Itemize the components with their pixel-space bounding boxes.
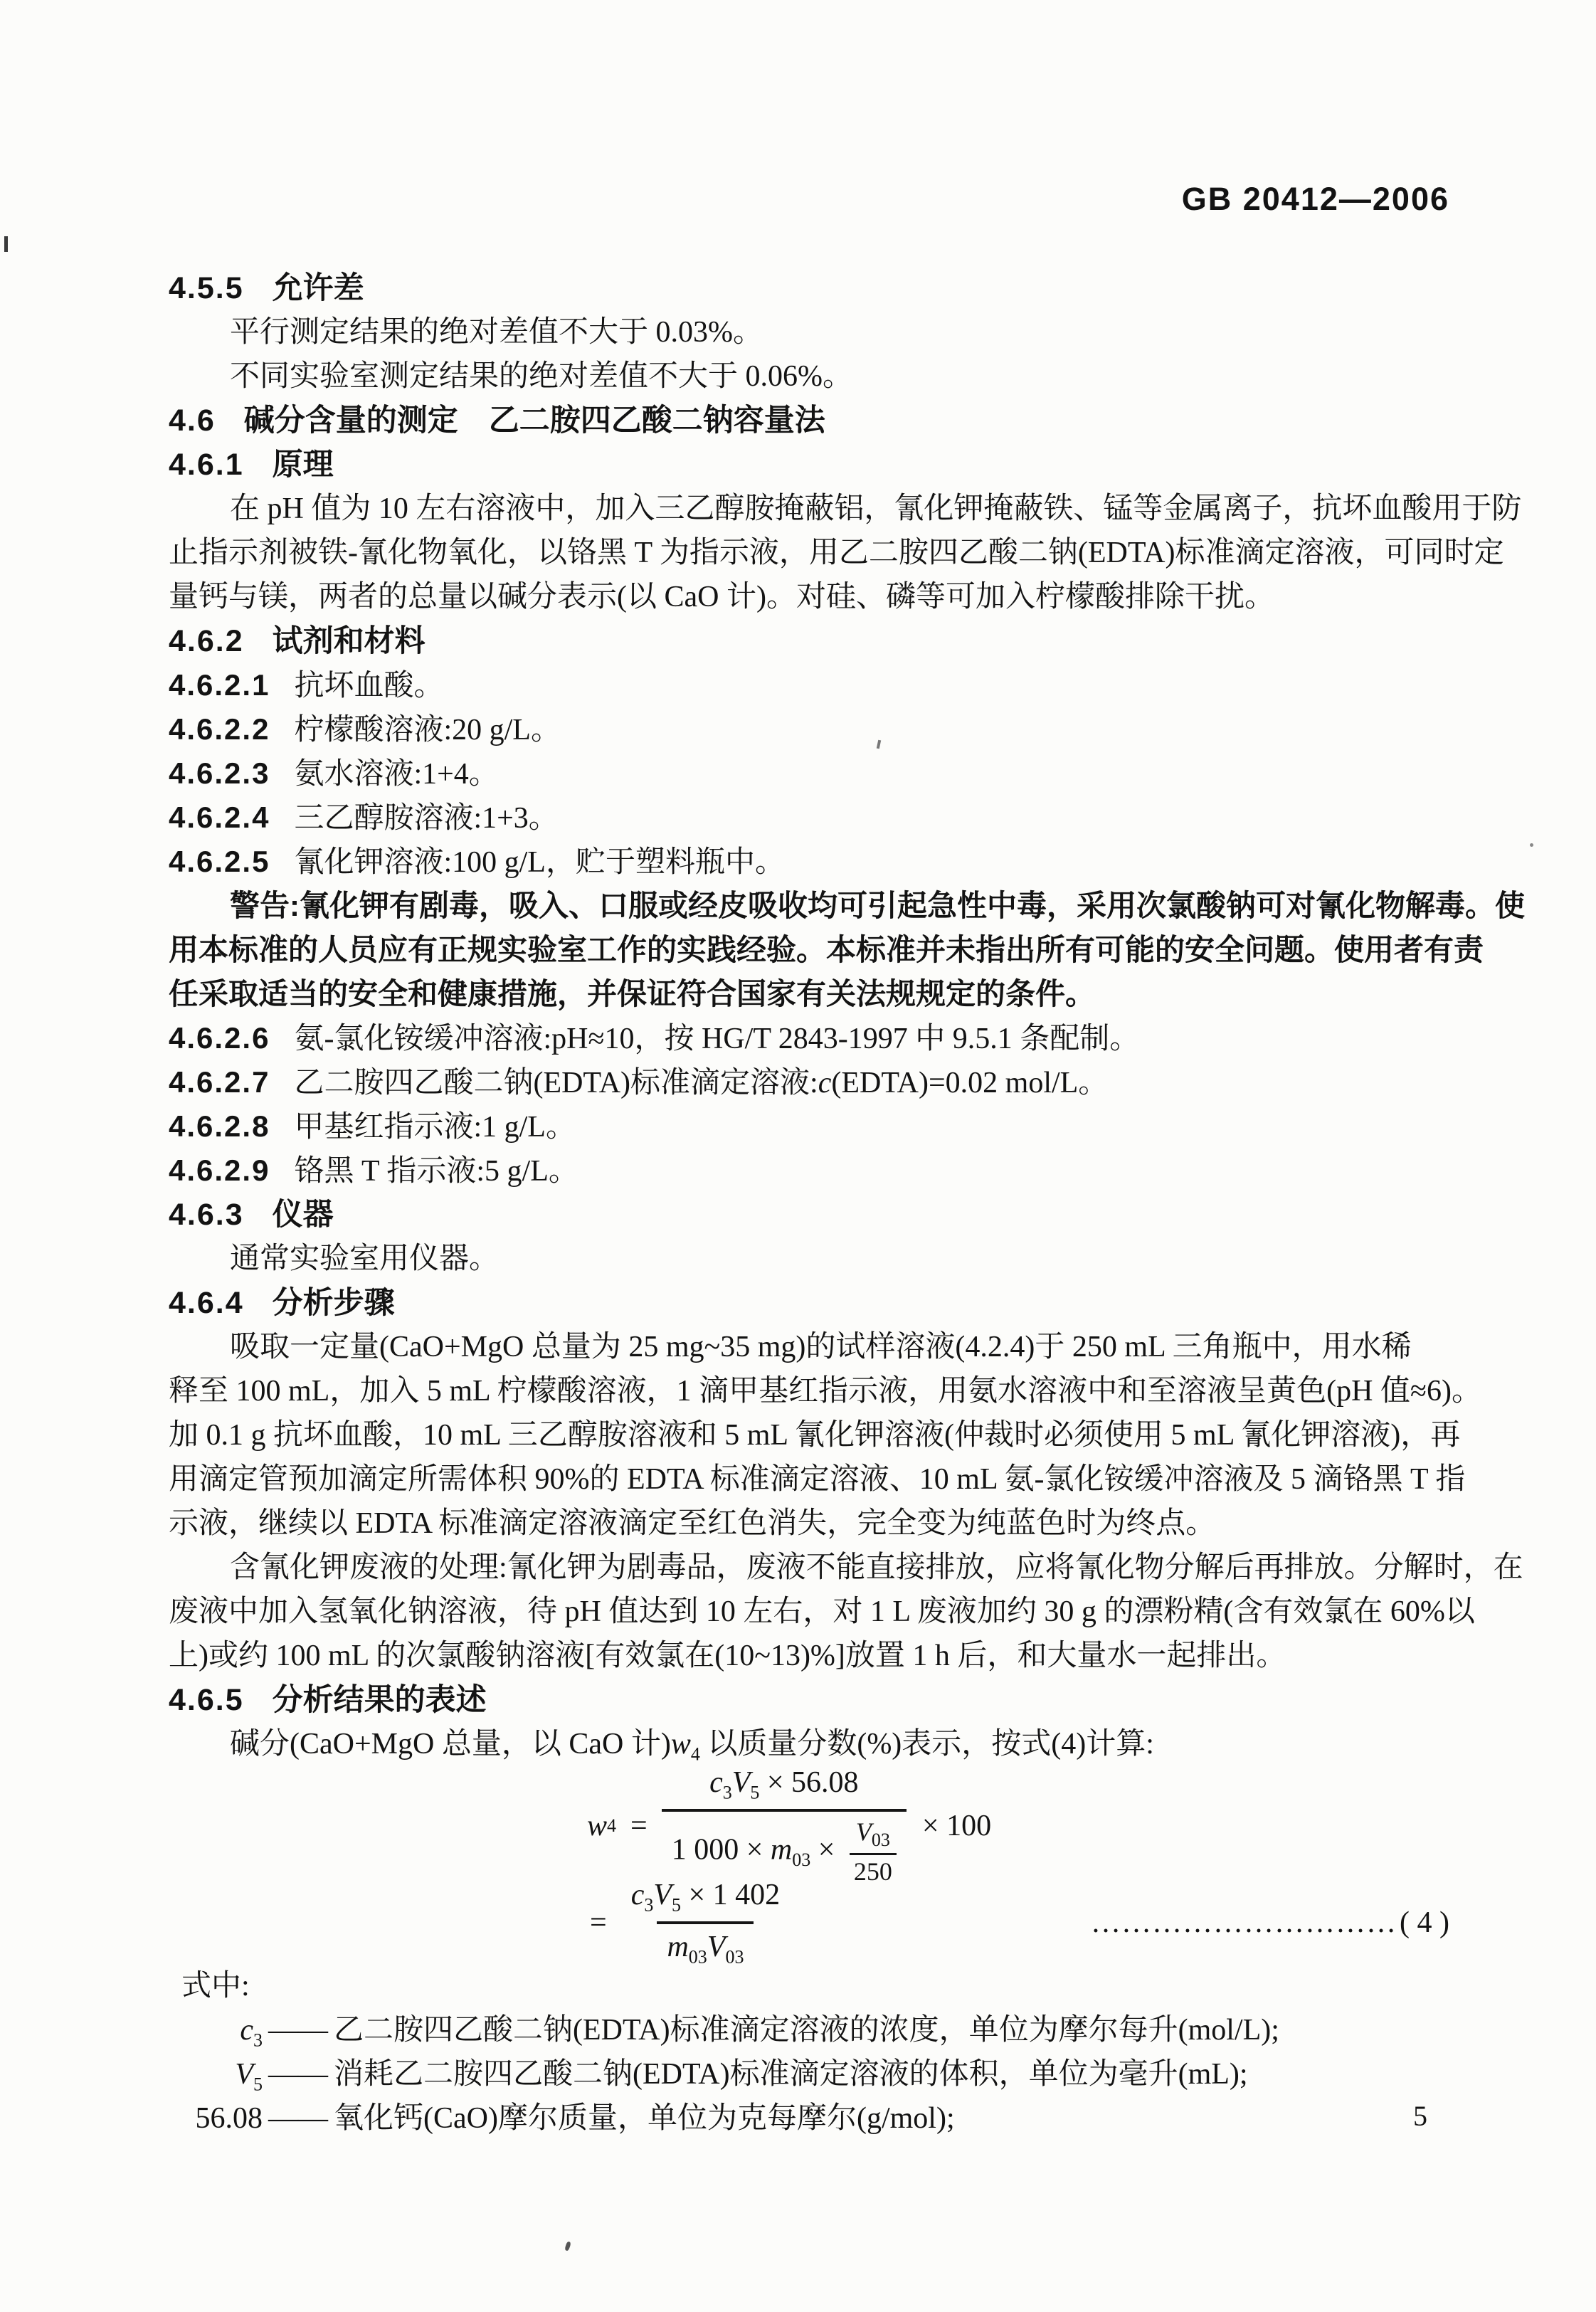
definition-text: 氧化钙(CaO)摩尔质量，单位为克每摩尔(g/mol); xyxy=(334,2096,955,2141)
clause-text: 三乙醇胺溶液:1+3。 xyxy=(294,802,558,835)
body-text-line: 废液中加入氢氧化钠溶液，待 pH 值达到 10 左右，对 1 L 废液加约 30… xyxy=(169,1590,1449,1634)
variable-w-subscript: 4 xyxy=(607,1815,616,1837)
nested-numerator: V03 xyxy=(852,1817,894,1853)
warning-text-line: 任采取适当的安全和健康措施，并保证符合国家有关法规规定的条件。 xyxy=(169,972,1449,1016)
warning-text-line: 用本标准的人员应有正规实验室工作的实践经验。本标准并未指出所有可能的安全问题。使… xyxy=(169,928,1449,972)
clause-line: 4.6.2.1抗坏血酸。 xyxy=(169,663,1449,707)
clause-line: 4.6.2.7乙二胺四乙酸二钠(EDTA)标准滴定溶液:c(EDTA)=0.02… xyxy=(169,1060,1449,1104)
dot-leader: ………………………… xyxy=(1091,1906,1397,1939)
document-body: 4.5.5允许差 平行测定结果的绝对差值不大于 0.03%。 不同实验室测定结果… xyxy=(169,266,1449,2141)
variable-m: m xyxy=(771,1833,792,1866)
section-number: 4.6.2 xyxy=(169,624,244,658)
body-text-line: 不同实验室测定结果的绝对差值不大于 0.06%。 xyxy=(169,354,1449,398)
variable-c-subscript: 3 xyxy=(723,1782,732,1802)
fraction-denominator: 1 000 × m03 × V03250 xyxy=(662,1809,907,1886)
variable-m: m xyxy=(667,1931,688,1963)
body-text-line: 用滴定管预加滴定所需体积 90%的 EDTA 标准滴定溶液、10 mL 氨-氯化… xyxy=(169,1457,1449,1501)
variable-V: V xyxy=(653,1879,672,1911)
fraction: c3V5 × 1 402 m03V03 xyxy=(621,1878,791,1968)
standard-code: GB 20412—2006 xyxy=(1182,181,1449,217)
body-text-line: 加 0.1 g 抗坏血酸，10 mL 三乙醇胺溶液和 5 mL 氰化钾溶液(仲裁… xyxy=(169,1413,1449,1457)
clause-number: 4.6.2.4 xyxy=(169,801,270,834)
intro-text: 以质量分数(%)表示，按式(4)计算: xyxy=(700,1728,1154,1761)
clause-line: 4.6.2.3氨水溶液:1+4。 xyxy=(169,751,1449,796)
clause-text: 氨-氯化铵缓冲溶液:pH≈10，按 HG/T 2843-1997 中 9.5.1… xyxy=(294,1023,1139,1055)
intro-text: 碱分(CaO+MgO 总量，以 CaO 计) xyxy=(230,1728,671,1761)
clause-line: 4.6.2.8甲基红指示液:1 g/L。 xyxy=(169,1104,1449,1149)
equals-sign: = xyxy=(590,1906,607,1940)
variable-V-subscript: 5 xyxy=(253,2074,263,2094)
variable-c-subscript: 3 xyxy=(253,2029,263,2050)
definition-symbol: V5 xyxy=(169,2052,263,2096)
clause-number: 4.6.2.6 xyxy=(169,1021,270,1055)
variable-V: V xyxy=(707,1931,726,1963)
definition-dash: —— xyxy=(263,2096,334,2141)
variable-w-subscript: 4 xyxy=(691,1743,700,1764)
definition-symbol: 56.08 xyxy=(169,2096,263,2141)
section-heading: 4.6.1原理 xyxy=(169,443,1449,487)
definition-line: c3——乙二胺四乙酸二钠(EDTA)标准滴定溶液的浓度，单位为摩尔每升(mol/… xyxy=(169,2008,1449,2052)
section-number: 4.6.4 xyxy=(169,1286,244,1320)
clause-number: 4.6.2.2 xyxy=(169,712,270,746)
section-title: 仪器 xyxy=(273,1198,334,1232)
variable-c: c xyxy=(240,2014,253,2047)
clause-text: 柠檬酸溶液:20 g/L。 xyxy=(294,714,561,746)
section-number: 4.6 xyxy=(169,403,216,438)
variable-w: w xyxy=(587,1809,607,1843)
body-text-line: 量钙与镁，两者的总量以碱分表示(以 CaO 计)。对硅、磷等可加入柠檬酸排除干扰… xyxy=(169,575,1449,619)
fraction-denominator: m03V03 xyxy=(657,1921,754,1968)
body-text-line: 含氰化钾废液的处理:氰化钾为剧毒品，废液不能直接排放，应将氰化物分解后再排放。分… xyxy=(169,1546,1449,1590)
fraction-numerator: c3V5 × 1 402 xyxy=(621,1878,791,1921)
body-text-line: 通常实验室用仪器。 xyxy=(169,1237,1449,1281)
formula-4: w4 = c3V5 × 56.08 1 000 × m03 × V03250 ×… xyxy=(169,1770,1449,1964)
section-title: 允许差 xyxy=(273,271,364,305)
page-number: 5 xyxy=(1413,2099,1427,2133)
clause-number: 4.6.2.1 xyxy=(169,668,270,702)
clause-number: 4.6.2.5 xyxy=(169,845,270,878)
section-title: 分析结果的表述 xyxy=(273,1683,487,1717)
clause-text: (EDTA)=0.02 mol/L。 xyxy=(831,1067,1108,1099)
variable-c-subscript: 3 xyxy=(644,1894,653,1915)
fraction: c3V5 × 56.08 1 000 × m03 × V03250 xyxy=(662,1765,907,1887)
definition-text: 消耗乙二胺四乙酸二钠(EDTA)标准滴定溶液的体积，单位为毫升(mL); xyxy=(334,2052,1248,2096)
clause-number: 4.6.2.3 xyxy=(169,756,270,790)
body-text-line: 上)或约 100 mL 的次氯酸钠溶液[有效氯在(10~13)%]放置 1 h … xyxy=(169,1634,1449,1678)
variable-V-subscript: 5 xyxy=(672,1894,681,1915)
document-page: GB 20412—2006 4.5.5允许差 平行测定结果的绝对差值不大于 0.… xyxy=(0,0,1596,2312)
clause-line: 4.6.2.4三乙醇胺溶液:1+3。 xyxy=(169,796,1449,840)
numerator-constant: × 1 402 xyxy=(681,1879,780,1911)
body-text-line: 止指示剂被铁-氰化物氧化，以铬黑 T 为指示液，用乙二胺四乙酸二钠(EDTA)标… xyxy=(169,531,1449,575)
body-text-line: 吸取一定量(CaO+MgO 总量为 25 mg~35 mg)的试样溶液(4.2.… xyxy=(169,1325,1449,1369)
section-title: 分析步骤 xyxy=(273,1286,395,1320)
scan-speck xyxy=(1530,843,1533,847)
section-title: 碱分含量的测定 乙二胺四乙酸二钠容量法 xyxy=(244,403,825,438)
clause-text: 甲基红指示液:1 g/L。 xyxy=(294,1111,576,1144)
section-number: 4.5.5 xyxy=(169,271,244,305)
variable-c: c xyxy=(818,1067,832,1099)
definition-line: 56.08——氧化钙(CaO)摩尔质量，单位为克每摩尔(g/mol); xyxy=(169,2096,1449,2141)
times-sign: × xyxy=(810,1833,842,1866)
definition-dash: —— xyxy=(263,2052,334,2096)
clause-line: 4.6.2.9铬黑 T 指示液:5 g/L。 xyxy=(169,1149,1449,1193)
clause-text: 铬黑 T 指示液:5 g/L。 xyxy=(294,1155,578,1188)
clause-line: 4.6.2.6氨-氯化铵缓冲溶液:pH≈10，按 HG/T 2843-1997 … xyxy=(169,1016,1449,1060)
numerator-constant: × 56.08 xyxy=(759,1766,858,1799)
variable-m-subscript: 03 xyxy=(792,1849,810,1870)
clause-number: 4.6.2.9 xyxy=(169,1154,270,1187)
formula-intro-line: 碱分(CaO+MgO 总量，以 CaO 计)w4 以质量分数(%)表示，按式(4… xyxy=(169,1722,1449,1766)
nested-fraction: V03250 xyxy=(850,1817,897,1886)
equals-sign: = xyxy=(630,1809,648,1843)
section-title: 原理 xyxy=(273,448,334,482)
definition-text: 乙二胺四乙酸二钠(EDTA)标准滴定溶液的浓度，单位为摩尔每升(mol/L); xyxy=(334,2008,1279,2052)
section-number: 4.6.1 xyxy=(169,448,244,482)
denominator-constant: 1 000 × xyxy=(672,1833,771,1866)
equation-number-label: ( 4 ) xyxy=(1400,1906,1449,1939)
body-text-line: 在 pH 值为 10 左右溶液中，加入三乙醇胺掩蔽铝，氰化钾掩蔽铁、锰等金属离子… xyxy=(169,487,1449,531)
fraction-numerator: c3V5 × 56.08 xyxy=(699,1765,869,1809)
body-text-line: 平行测定结果的绝对差值不大于 0.03%。 xyxy=(169,310,1449,354)
formula-4-line-1: w4 = c3V5 × 56.08 1 000 × m03 × V03250 ×… xyxy=(587,1770,1449,1881)
variable-V-subscript: 5 xyxy=(750,1782,759,1802)
clause-line: 4.6.2.2柠檬酸溶液:20 g/L。 xyxy=(169,707,1449,751)
variable-c: c xyxy=(631,1879,645,1911)
variable-m-subscript: 03 xyxy=(689,1946,707,1967)
page-header: GB 20412—2006 xyxy=(0,181,1449,218)
definition-symbol: c3 xyxy=(169,2008,263,2052)
variable-V: V xyxy=(732,1766,751,1799)
equation-number: …………………………( 4 ) xyxy=(1091,1906,1449,1940)
warning-text-line: 警告:氰化钾有剧毒，吸入、口服或经皮吸收均可引起急性中毒，采用次氯酸钠可对氰化物… xyxy=(169,884,1449,928)
variable-c: c xyxy=(709,1766,723,1799)
clause-text: 抗坏血酸。 xyxy=(294,670,443,702)
variable-V-subscript: 03 xyxy=(872,1830,890,1850)
body-text-line: 释至 100 mL，加入 5 mL 柠檬酸溶液，1 滴甲基红指示液，用氨水溶液中… xyxy=(169,1369,1449,1413)
definition-dash: —— xyxy=(263,2008,334,2052)
section-heading: 4.6碱分含量的测定 乙二胺四乙酸二钠容量法 xyxy=(169,398,1449,443)
clause-text: 氨水溶液:1+4。 xyxy=(294,758,498,791)
body-text-line: 示液，继续以 EDTA 标准滴定溶液滴定至红色消失，完全变为纯蓝色时为终点。 xyxy=(169,1501,1449,1546)
section-heading: 4.6.4分析步骤 xyxy=(169,1281,1449,1325)
clause-number: 4.6.2.7 xyxy=(169,1065,270,1099)
formula-4-line-2: = c3V5 × 1 402 m03V03 …………………………( 4 ) xyxy=(576,1881,1449,1964)
definition-line: V5——消耗乙二胺四乙酸二钠(EDTA)标准滴定溶液的体积，单位为毫升(mL); xyxy=(169,2052,1449,2096)
section-heading: 4.5.5允许差 xyxy=(169,266,1449,310)
clause-number: 4.6.2.8 xyxy=(169,1109,270,1143)
section-heading: 4.6.5分析结果的表述 xyxy=(169,1678,1449,1722)
section-number: 4.6.3 xyxy=(169,1198,244,1232)
section-number: 4.6.5 xyxy=(169,1683,244,1717)
constant-56-08: 56.08 xyxy=(196,2102,263,2135)
section-title: 试剂和材料 xyxy=(273,624,426,658)
variable-V: V xyxy=(235,2058,253,2091)
scan-speck xyxy=(4,236,8,252)
variable-w: w xyxy=(671,1728,691,1761)
section-heading: 4.6.2试剂和材料 xyxy=(169,619,1449,663)
clause-text: 乙二胺四乙酸二钠(EDTA)标准滴定溶液: xyxy=(294,1067,818,1099)
where-label: 式中: xyxy=(169,1964,1449,2008)
clause-line: 4.6.2.5氰化钾溶液:100 g/L，贮于塑料瓶中。 xyxy=(169,840,1449,884)
variable-V-subscript: 03 xyxy=(725,1946,744,1967)
scan-speck xyxy=(564,2241,571,2251)
times-100: × 100 xyxy=(922,1809,991,1843)
section-heading: 4.6.3仪器 xyxy=(169,1193,1449,1237)
clause-text: 氰化钾溶液:100 g/L，贮于塑料瓶中。 xyxy=(294,846,785,879)
variable-V: V xyxy=(856,1817,872,1846)
